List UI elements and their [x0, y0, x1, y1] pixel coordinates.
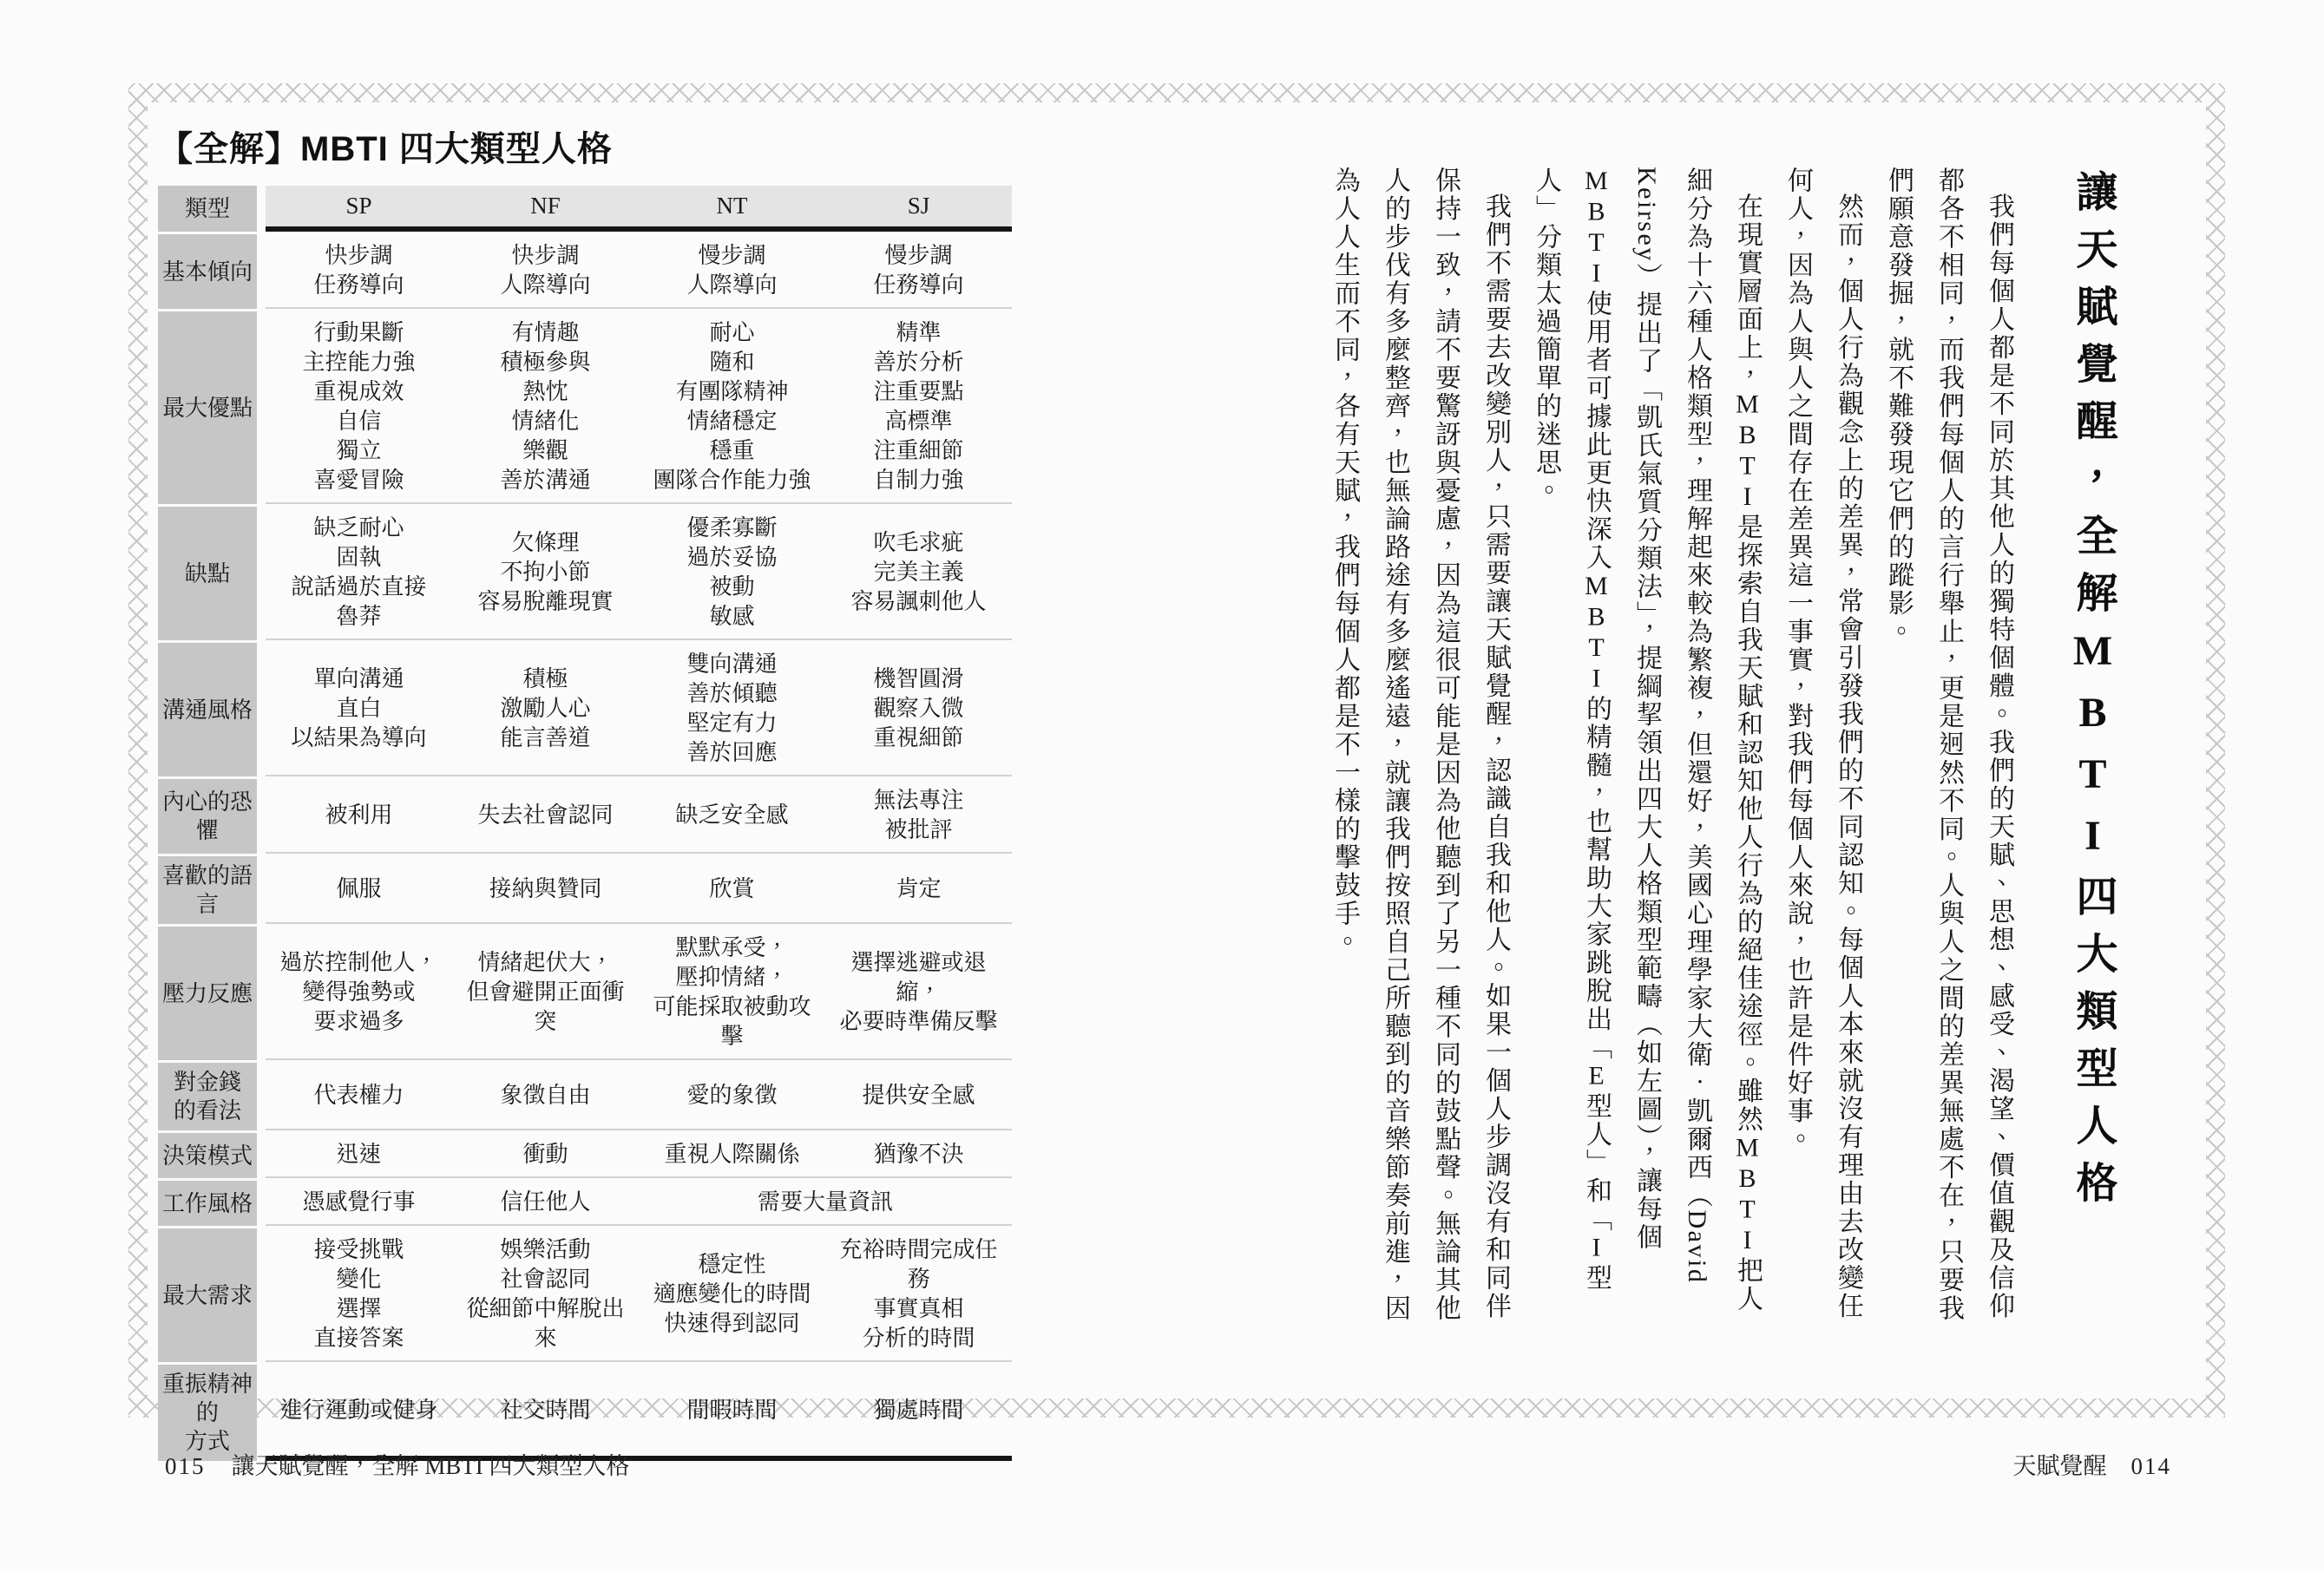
table-cell: 接受挑戰 變化 選擇 直接答案 [266, 1228, 452, 1362]
column-header-nt: NT [639, 186, 825, 232]
table-cell: 代表權力 [266, 1063, 452, 1130]
row-label: 溝通風格 [158, 643, 257, 776]
table-cell: 快步調 任務導向 [266, 234, 452, 309]
vertical-body: 我們每個人都是不同於其他人的獨特個體。我們的天賦、思想、感受、渴望、價值觀及信仰… [1316, 167, 2024, 1326]
paragraph: 在現實層面上，MBTI是探索自我天賦和認知他人行為的絕佳途徑。雖然MBTI把人細… [1520, 167, 1772, 1326]
table-cell: 選擇逃避或退縮， 必要時準備反擊 [825, 927, 1012, 1060]
table-cell: 優柔寡斷 過於妥協 被動 敏感 [639, 507, 825, 640]
column-spacer [257, 311, 266, 504]
table-cell: 過於控制他人， 變得強勢或 要求過多 [266, 927, 452, 1060]
table-cell: 精準 善於分析 注重要點 高標準 注重細節 自制力強 [825, 311, 1012, 504]
chapter-title: 讓天賦覺醒，全解MBTI四大類型人格 [2036, 170, 2123, 1263]
book-spread: 【全解】MBTI 四大類型人格 類型SPNFNTSJ基本傾向快步調 任務導向快步… [0, 0, 2324, 1572]
table-title: 【全解】MBTI 四大類型人格 [158, 121, 613, 171]
right-footer-title: 天賦覺醒 [2013, 1453, 2107, 1479]
column-spacer [257, 927, 266, 1060]
table-cell: 有情趣 積極參與 熱忱 情緒化 樂觀 善於溝通 [452, 311, 639, 504]
row-label: 內心的恐懼 [158, 779, 257, 854]
table-cell: 重視人際關係 [639, 1133, 825, 1178]
table-cell: 信任他人 [452, 1181, 639, 1226]
table-cell: 積極 激勵人心 能言善道 [452, 643, 639, 776]
table-cell: 機智圓滑 觀察入微 重視細節 [825, 643, 1012, 776]
table-cell: 被利用 [266, 779, 452, 854]
paragraph: 我們每個人都是不同於其他人的獨特個體。我們的天賦、思想、感受、渴望、價值觀及信仰… [1873, 167, 2024, 1326]
left-page-number: 015 [165, 1453, 206, 1479]
right-page-number: 014 [2131, 1453, 2172, 1479]
column-header-sp: SP [266, 186, 452, 232]
row-label: 對金錢 的看法 [158, 1063, 257, 1130]
table-cell: 缺乏安全感 [639, 779, 825, 854]
row-label: 壓力反應 [158, 927, 257, 1060]
column-spacer [257, 186, 266, 232]
table-cell: 慢步調 任務導向 [825, 234, 1012, 309]
row-label: 缺點 [158, 507, 257, 640]
table-cell: 需要大量資訊 [639, 1181, 1012, 1226]
table-cell: 缺乏耐心 固執 說話過於直接 魯莽 [266, 507, 452, 640]
column-spacer [257, 1063, 266, 1130]
table-cell: 衝動 [452, 1133, 639, 1178]
table-cell: 雙向溝通 善於傾聽 堅定有力 善於回應 [639, 643, 825, 776]
table-cell: 猶豫不決 [825, 1133, 1012, 1178]
table-cell: 情緒起伏大， 但會避開正面衝突 [452, 927, 639, 1060]
table-cell: 接納與贊同 [452, 856, 639, 924]
paragraph: 然而，個人行為觀念上的差異，常會引發我們的不同認知。每個人本來就沒有理由去改變任… [1772, 167, 1873, 1326]
right-page-footer: 天賦覺醒014 [2013, 1447, 2172, 1481]
table-cell: 閒暇時間 [639, 1365, 825, 1461]
row-label: 基本傾向 [158, 234, 257, 309]
column-spacer [257, 234, 266, 309]
table-cell: 快步調 人際導向 [452, 234, 639, 309]
table-cell: 獨處時間 [825, 1365, 1012, 1461]
paragraph: 我們不需要去改變別人，只需要讓天賦覺醒，認識自我和他人。如果一個人步調沒有和同伴… [1319, 167, 1520, 1326]
table-cell: 失去社會認同 [452, 779, 639, 854]
table-cell: 欠條理 不拘小節 容易脫離現實 [452, 507, 639, 640]
row-label: 決策模式 [158, 1133, 257, 1178]
table-cell: 吹毛求疵 完美主義 容易諷刺他人 [825, 507, 1012, 640]
table-cell: 娛樂活動 社會認同 從細節中解脫出來 [452, 1228, 639, 1362]
table-corner-label: 類型 [158, 186, 257, 232]
column-spacer [257, 1228, 266, 1362]
row-label: 最大需求 [158, 1228, 257, 1362]
table-cell: 提供安全感 [825, 1063, 1012, 1130]
table-cell: 欣賞 [639, 856, 825, 924]
column-spacer [257, 1133, 266, 1178]
column-header-sj: SJ [825, 186, 1012, 232]
row-label: 工作風格 [158, 1181, 257, 1226]
left-page-footer: 015讓天賦覺醒，全解 MBTI 四大類型人格 [165, 1447, 630, 1481]
table-cell: 憑感覺行事 [266, 1181, 452, 1226]
table-cell: 肯定 [825, 856, 1012, 924]
row-label: 最大優點 [158, 311, 257, 504]
table-cell: 行動果斷 主控能力強 重視成效 自信 獨立 喜愛冒險 [266, 311, 452, 504]
table-cell: 佩服 [266, 856, 452, 924]
column-spacer [257, 779, 266, 854]
row-label: 喜歡的語言 [158, 856, 257, 924]
table-cell: 無法專注 被批評 [825, 779, 1012, 854]
column-header-nf: NF [452, 186, 639, 232]
table-cell: 耐心 隨和 有團隊精神 情緒穩定 穩重 團隊合作能力強 [639, 311, 825, 504]
column-spacer [257, 643, 266, 776]
table-cell: 默默承受， 壓抑情緒， 可能採取被動攻擊 [639, 927, 825, 1060]
mbti-table: 類型SPNFNTSJ基本傾向快步調 任務導向快步調 人際導向慢步調 人際導向慢步… [158, 186, 1012, 1461]
column-spacer [257, 507, 266, 640]
column-spacer [257, 1181, 266, 1226]
table-cell: 穩定性 適應變化的時間 快速得到認同 [639, 1228, 825, 1362]
table-cell: 慢步調 人際導向 [639, 234, 825, 309]
table-cell: 迅速 [266, 1133, 452, 1178]
table-cell: 充裕時間完成任務 事實真相 分析的時間 [825, 1228, 1012, 1362]
table-cell: 愛的象徵 [639, 1063, 825, 1130]
table-cell: 單向溝通 直白 以結果為導向 [266, 643, 452, 776]
table-cell: 象徵自由 [452, 1063, 639, 1130]
column-spacer [257, 856, 266, 924]
left-footer-title: 讓天賦覺醒，全解 MBTI 四大類型人格 [232, 1453, 630, 1479]
